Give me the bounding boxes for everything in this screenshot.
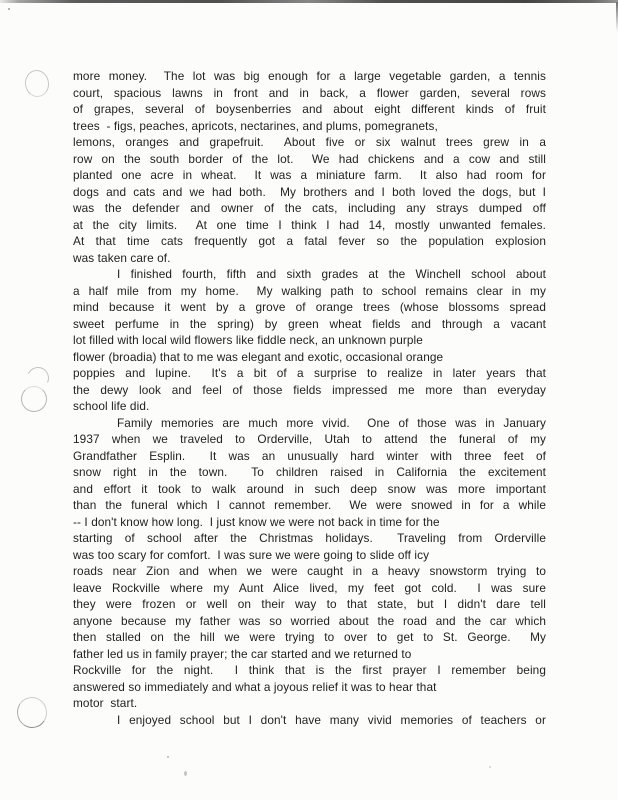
text-line: Family memories are much more vivid. One… [73, 415, 546, 432]
text-line: At that time cats frequently got a fatal… [73, 233, 546, 250]
paragraph: Family memories are much more vivid. One… [73, 415, 546, 712]
scan-speck [184, 771, 187, 776]
text-line: Grandfather Esplin. It was an unusually … [73, 448, 546, 465]
binder-ring-icon [14, 694, 50, 731]
text-line: poppies and lupine. It's a bit of a surp… [73, 365, 546, 382]
text-line: motor start. [73, 695, 546, 712]
text-line: a half mile from my home. My walking pat… [73, 283, 546, 300]
scan-edge-top-artifact [0, 0, 618, 3]
text-line: court, spacious lawns in front and in ba… [73, 85, 546, 102]
text-line: was taken care of. [73, 250, 546, 267]
text-line: starting of school after the Christmas h… [73, 530, 546, 547]
text-line: leave Rockville where my Aunt Alice live… [73, 580, 546, 597]
paragraph: I finished fourth, fifth and sixth grade… [73, 266, 546, 415]
text-line: I enjoyed school but I don't have many v… [73, 712, 546, 729]
text-line: flower (broadia) that to me was elegant … [73, 349, 546, 366]
text-line: the dewy look and feel of those fields i… [73, 382, 546, 399]
binder-ring-circle [21, 386, 47, 412]
text-line: school life did. [73, 398, 546, 415]
text-line: than the funeral which I cannot remember… [73, 497, 546, 514]
text-line: planted one acre in wheat. It was a mini… [73, 167, 546, 184]
text-line: row on the south border of the lot. We h… [73, 151, 546, 168]
text-line: of grapes, several of boysenberries and … [73, 101, 546, 118]
text-line: roads near Zion and when we were caught … [73, 563, 546, 580]
paragraph: I enjoyed school but I don't have many v… [73, 712, 546, 729]
text-line: lemons, oranges and grapefruit. About fi… [73, 134, 546, 151]
text-line: more money. The lot was big enough for a… [73, 68, 546, 85]
text-line: dogs and cats and we had both. My brothe… [73, 184, 546, 201]
binder-ring-icon [23, 68, 51, 98]
text-line: father led us in family prayer; the car … [73, 646, 546, 663]
scan-speck [167, 756, 169, 758]
text-line: trees - figs, peaches, apricots, nectari… [73, 118, 546, 135]
text-line: at the city limits. At one time I think … [73, 217, 546, 234]
text-line: snow right in the town. To children rais… [73, 464, 546, 481]
text-line: and effort it took to walk around in suc… [73, 481, 546, 498]
text-line: they were frozen or well on their way to… [73, 596, 546, 613]
text-line: -- I don't know how long. I just know we… [73, 514, 546, 531]
text-line: Rockville for the night. I think that is… [73, 662, 546, 679]
text-line: I finished fourth, fifth and sixth grade… [73, 266, 546, 283]
text-line: 1937 when we traveled to Orderville, Uta… [73, 431, 546, 448]
text-line: lot filled with local wild flowers like … [73, 332, 546, 349]
page-text: more money. The lot was big enough for a… [73, 68, 546, 728]
text-line: sweet perfume in the spring) by green wh… [73, 316, 546, 333]
text-line: mind because it went by a grove of orang… [73, 299, 546, 316]
text-line: was the defender and owner of the cats, … [73, 200, 546, 217]
text-line: answered so immediately and what a joyou… [73, 679, 546, 696]
paragraph: more money. The lot was big enough for a… [73, 68, 546, 266]
scan-speck [489, 766, 491, 768]
scanned-page: more money. The lot was big enough for a… [0, 0, 618, 800]
text-line: then stalled on the hill we were trying … [73, 629, 546, 646]
text-line: was too scary for comfort. I was sure we… [73, 547, 546, 564]
text-line: anyone because my father was so worried … [73, 613, 546, 630]
scan-speck [8, 8, 10, 10]
